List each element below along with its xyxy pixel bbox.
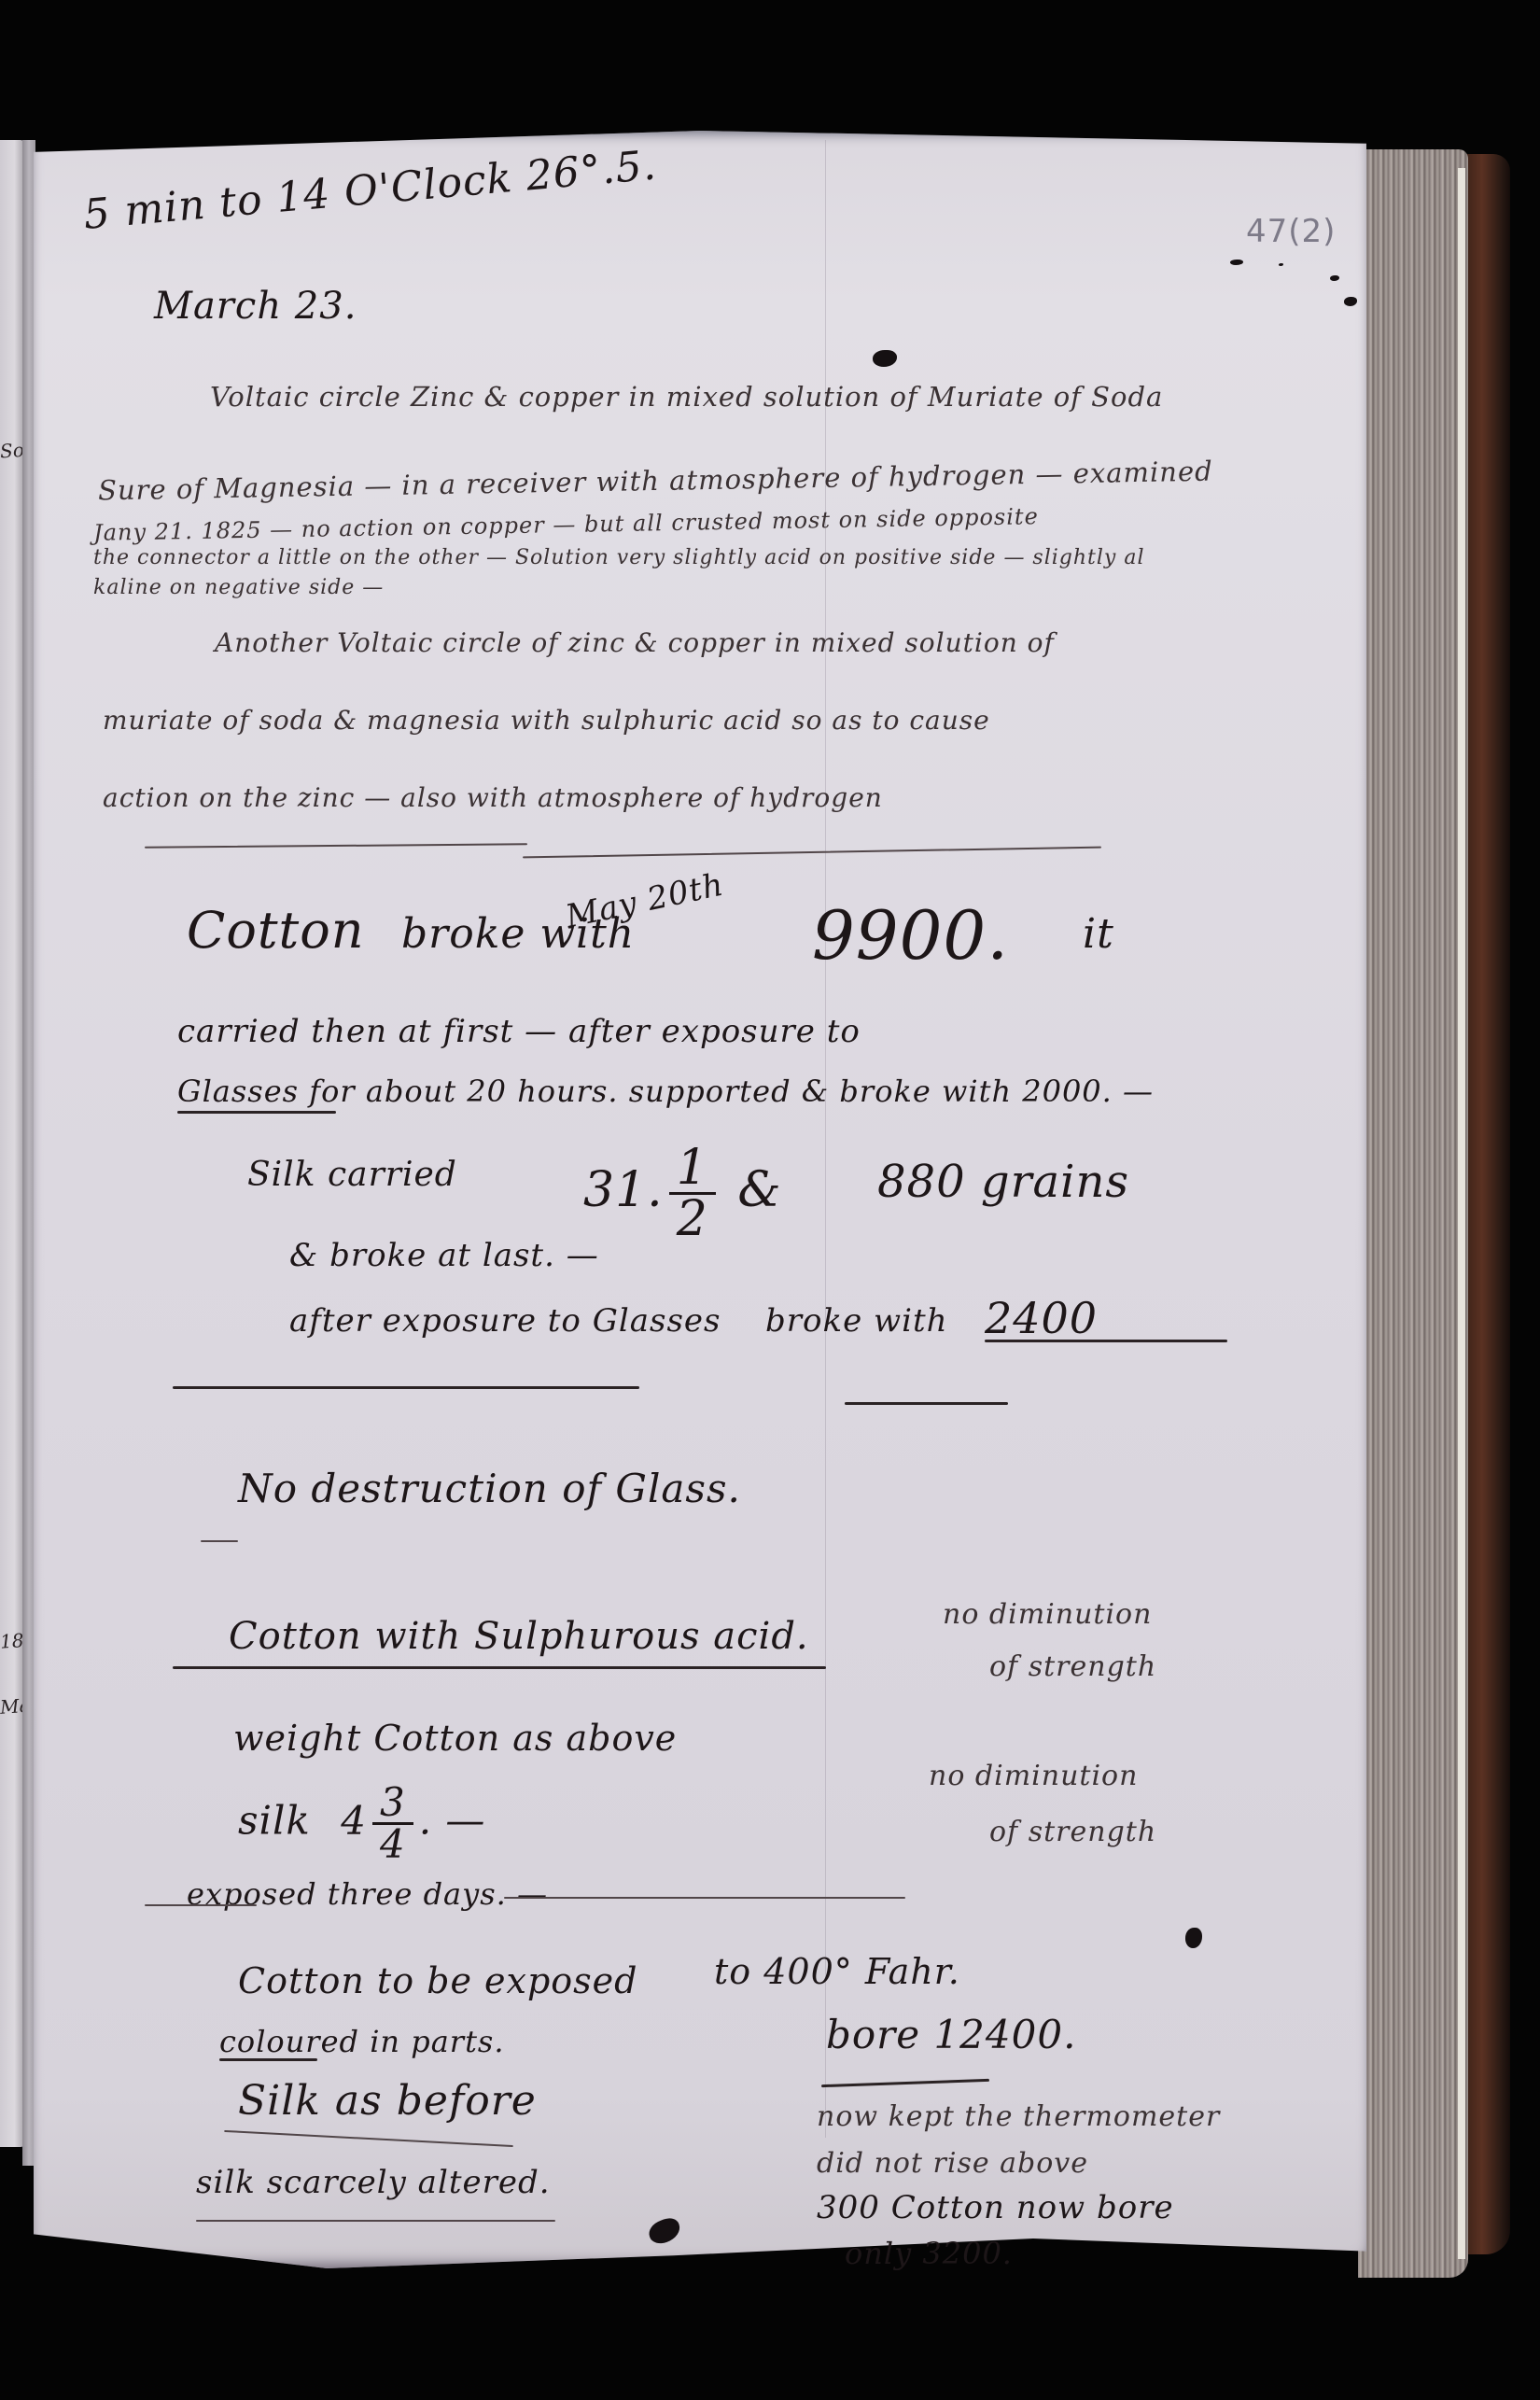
cotton-label: Cotton bbox=[187, 901, 365, 960]
march-paragraph-line: kaline on negative side — bbox=[93, 576, 384, 599]
exposed-note: exposed three days. — bbox=[187, 1876, 548, 1912]
sulphurous-side-note: of strength bbox=[989, 1816, 1156, 1848]
heat-side-note: 300 Cotton now bore bbox=[817, 2189, 1174, 2226]
silk-grains: 880 grains bbox=[877, 1156, 1129, 1208]
march-paragraph2-line: muriate of soda & magnesia with sulphuri… bbox=[103, 705, 990, 736]
fraction: 34 bbox=[372, 1783, 413, 1864]
section-divider bbox=[173, 1386, 639, 1389]
cotton-breaking-weight: 9900. bbox=[812, 896, 1009, 975]
silk-value-whole: 31. bbox=[583, 1162, 664, 1218]
book-gutter bbox=[22, 140, 35, 2166]
cotton-broke-text: broke with bbox=[401, 910, 635, 958]
may-line: Glasses for about 20 hours. supported & … bbox=[177, 1074, 1154, 1109]
sulphurous-side-note: no diminution bbox=[929, 1760, 1138, 1792]
march-paragraph2-line: Another Voltaic circle of zinc & copper … bbox=[215, 627, 1055, 658]
silk-line: after exposure to Glasses bbox=[289, 1302, 721, 1340]
silk-whole: 4 bbox=[341, 1798, 367, 1844]
heat-line: silk scarcely altered. bbox=[196, 2164, 551, 2201]
heat-side-result: bore 12400. bbox=[826, 2012, 1076, 2057]
silk-end: . — bbox=[419, 1798, 486, 1844]
destruction-note: No destruction of Glass. bbox=[238, 1466, 741, 1511]
silk-broke-text: broke with bbox=[765, 1302, 948, 1340]
heat-temperature: to 400° Fahr. bbox=[714, 1951, 960, 1992]
underline bbox=[173, 1666, 826, 1669]
heat-side-note: only 3200. bbox=[845, 2236, 1013, 2271]
silk-label: silk bbox=[238, 1798, 311, 1844]
underline bbox=[219, 2058, 317, 2061]
cotton-it: it bbox=[1083, 910, 1114, 958]
silk-carried-label: Silk carried bbox=[247, 1156, 457, 1194]
section-divider bbox=[504, 1897, 905, 1899]
fraction-denominator: 2 bbox=[677, 1195, 708, 1243]
underline bbox=[196, 2220, 555, 2222]
heat-line: coloured in parts. bbox=[219, 2024, 505, 2059]
march-paragraph2-line: action on the zinc — also with atmospher… bbox=[103, 782, 883, 813]
sulphurous-line: weight Cotton as above bbox=[233, 1718, 677, 1759]
sulphurous-side-note: no diminution bbox=[943, 1598, 1152, 1631]
heat-line: Silk as before bbox=[238, 2077, 537, 2125]
sulphurous-line: Cotton with Sulphurous acid. bbox=[229, 1615, 809, 1658]
fraction-denominator: 4 bbox=[380, 1825, 406, 1864]
and-sign: & bbox=[737, 1162, 781, 1218]
silk-value: 31.12 & bbox=[583, 1144, 782, 1243]
book-cover-edge bbox=[1463, 154, 1510, 2254]
underline bbox=[985, 1340, 1227, 1342]
march-paragraph-line: Voltaic circle Zinc & copper in mixed so… bbox=[210, 381, 1163, 413]
sulphurous-side-note: of strength bbox=[989, 1650, 1156, 1683]
heat-side-note: did not rise above bbox=[817, 2147, 1088, 2180]
fraction: 12 bbox=[669, 1144, 716, 1243]
march-paragraph-line: the connector a little on the other — So… bbox=[93, 546, 1145, 569]
page-block-white-edge bbox=[1458, 168, 1465, 2259]
heat-line: Cotton to be exposed bbox=[238, 1960, 637, 2001]
entry-date-march: March 23. bbox=[154, 285, 357, 328]
page-fold-line bbox=[825, 140, 826, 2138]
folio-number: 47(2) bbox=[1246, 213, 1336, 250]
section-divider bbox=[145, 1904, 257, 1906]
page-block-edges bbox=[1358, 149, 1468, 2278]
may-line: carried then at first — after exposure t… bbox=[177, 1013, 861, 1050]
section-divider bbox=[845, 1402, 1008, 1405]
fraction-numerator: 3 bbox=[372, 1783, 413, 1825]
silk-breaking-weight: 2400 bbox=[985, 1293, 1098, 1343]
sulphurous-silk: silk 434. — bbox=[238, 1783, 485, 1864]
silk-line: & broke at last. — bbox=[289, 1237, 599, 1274]
fraction-numerator: 1 bbox=[669, 1144, 716, 1195]
underline bbox=[177, 1111, 336, 1114]
heat-side-note: now kept the thermometer bbox=[817, 2100, 1220, 2133]
underline bbox=[201, 1540, 238, 1542]
